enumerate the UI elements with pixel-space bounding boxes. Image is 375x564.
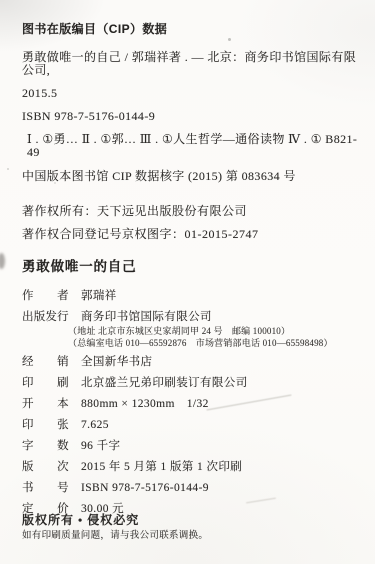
pub-value: ISBN 978-7-5176-0144-9 [81,482,209,495]
cip-isbn-line: ISBN 978-7-5176-0144-9 [22,110,361,123]
pub-value: 全国新华书店 [81,356,152,369]
pub-value-group: 商务印书馆国际有限公司 （地址 北京市东城区史家胡同甲 24 号 邮编 1000… [81,311,333,348]
pub-value: 880mm × 1230mm 1/32 [81,398,209,411]
pub-value: 郭瑞祥 [81,290,117,303]
pub-label: 经 销 [22,356,69,369]
pub-row-distributor: 经 销 全国新华书店 [22,356,365,369]
cip-classification-line: Ⅰ . ①勇… Ⅱ . ①郭… Ⅲ . ①人生哲学—通俗读物 Ⅳ . ① B82… [22,133,361,159]
print-quality-notice: 如有印刷质量问题，请与我公司联系调换。 [22,530,365,542]
pub-label: 印 张 [22,419,69,432]
rights-notice: 版权所有 • 侵权必究 [22,513,365,527]
book-copyright-page: 图书在版编目（CIP）数据 勇敢做唯一的自己 / 郭瑞祥著 . — 北京：商务印… [0,0,375,564]
pub-label: 作 者 [22,290,69,303]
pub-value: 7.625 [81,419,109,432]
pub-row-printer: 印 刷 北京盛兰兄弟印刷装订有限公司 [22,377,365,390]
pub-row-format: 开 本 880mm × 1230mm 1/32 [22,398,365,411]
pub-row-author: 作 者 郭瑞祥 [22,290,365,303]
scan-smudge [0,253,5,269]
pub-row-sheets: 印 张 7.625 [22,419,365,432]
cip-record-line-1: 勇敢做唯一的自己 / 郭瑞祥著 . — 北京：商务印书馆国际有限公司, [22,51,361,77]
publication-info-block: 作 者 郭瑞祥 出版发行 商务印书馆国际有限公司 （地址 北京市东城区史家胡同甲… [22,290,365,524]
pub-row-wordcount: 字 数 96 千字 [22,440,365,453]
copyright-registration-line: 著作权合同登记号京权图字：01-2015-2747 [22,228,361,241]
cip-heading: 图书在版编目（CIP）数据 [22,22,361,36]
publisher-phone-note: （总编室电话 010—65592876 市场营销部电话 010—65598498… [68,338,333,348]
cip-record-line-2: 2015.5 [22,87,361,100]
page-footer: 版权所有 • 侵权必究 如有印刷质量问题，请与我公司联系调换。 [22,513,365,542]
pub-value: 商务印书馆国际有限公司 [81,311,333,324]
pub-value: 北京盛兰兄弟印刷装订有限公司 [81,377,248,390]
pub-label: 版 次 [22,461,69,474]
cip-data-block: 图书在版编目（CIP）数据 勇敢做唯一的自己 / 郭瑞祥著 . — 北京：商务印… [22,22,361,183]
scan-speck [228,38,231,41]
pub-row-edition: 版 次 2015 年 5 月第 1 版第 1 次印刷 [22,461,365,474]
pub-row-publisher: 出版发行 商务印书馆国际有限公司 （地址 北京市东城区史家胡同甲 24 号 邮编… [22,311,365,348]
scan-speck [54,182,56,184]
pub-label: 印 刷 [22,377,69,390]
pub-value: 2015 年 5 月第 1 版第 1 次印刷 [81,461,242,474]
book-title: 勇敢做唯一的自己 [22,259,136,274]
publisher-address-note: （地址 北京市东城区史家胡同甲 24 号 邮编 100010） [68,326,333,336]
pub-row-isbn: 书 号 ISBN 978-7-5176-0144-9 [22,482,365,495]
cip-verification-line: 中国版本图书馆 CIP 数据核字 (2015) 第 083634 号 [22,170,361,183]
pub-label: 字 数 [22,440,69,453]
copyright-registration-block: 著作权所有：天下远见出版股份有限公司 著作权合同登记号京权图字：01-2015-… [22,205,361,241]
pub-label: 开 本 [22,398,69,411]
pub-label: 出版发行 [22,311,69,324]
pub-value: 96 千字 [81,440,120,453]
pub-label: 书 号 [22,482,69,495]
scan-speck [7,168,9,170]
copyright-owner-line: 著作权所有：天下远见出版股份有限公司 [22,205,361,218]
